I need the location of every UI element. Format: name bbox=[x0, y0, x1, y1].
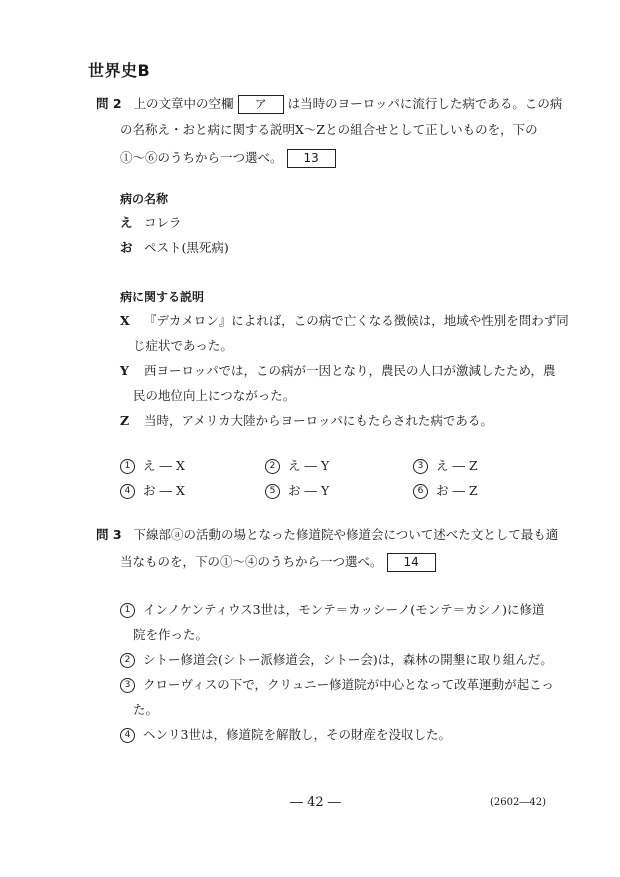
circled-number-icon: 4 bbox=[120, 728, 135, 743]
answer-box-14: 14 bbox=[387, 553, 436, 572]
q2-option-1: 1え ― X bbox=[120, 456, 185, 474]
disease-names-heading: 病の名称 bbox=[120, 190, 168, 207]
page-code: (2602―42) bbox=[490, 797, 546, 808]
q2-option-5: 5お ― Y bbox=[265, 481, 329, 499]
circled-number-icon: 3 bbox=[413, 459, 428, 474]
disease-name-o: おペスト(黒死病) bbox=[120, 240, 229, 256]
q2-option-6: 6お ― Z bbox=[413, 481, 478, 499]
circled-number-icon: 6 bbox=[413, 484, 428, 499]
q2-line-1: 問 2 上の文章中の空欄アは当時のヨーロッパに流行した病である。この病 bbox=[96, 95, 562, 114]
desc-x-line-2: じ症状であった。 bbox=[133, 338, 233, 354]
desc-x-line-1: X『デカメロン』によれば，この病で亡くなる徴候は，地域や性別を問わず同 bbox=[120, 313, 569, 329]
circled-number-icon: 3 bbox=[120, 678, 135, 693]
q3-option-4: 4ヘンリ3世は，修道院を解散し，その財産を没収した。 bbox=[120, 727, 451, 743]
circled-number-icon: 2 bbox=[120, 653, 135, 668]
circled-number-icon: 2 bbox=[265, 459, 280, 474]
circled-number-icon: 1 bbox=[120, 603, 135, 618]
q3-line-2: 当なものを，下の①～④のうちから一つ選べ。14 bbox=[120, 553, 440, 572]
q3-option-1-line-2: 院を作った。 bbox=[133, 627, 208, 643]
circled-number-icon: 5 bbox=[265, 484, 280, 499]
q2-option-4: 4お ― X bbox=[120, 481, 185, 499]
disease-name-e: えコレラ bbox=[120, 215, 182, 231]
q3-option-3-line-1: 3クローヴィスの下で，クリュニー修道院が中心となって改革運動が起こっ bbox=[120, 677, 554, 693]
desc-y-line-2: 民の地位向上につながった。 bbox=[133, 388, 295, 404]
q3-option-3-line-2: た。 bbox=[133, 702, 158, 718]
q2-option-3: 3え ― Z bbox=[413, 456, 478, 474]
desc-y-line-1: Y西ヨーロッパでは，この病が一因となり，農民の人口が激減したため，農 bbox=[120, 363, 556, 379]
circled-number-icon: 4 bbox=[120, 484, 135, 499]
q2-option-2: 2え ― Y bbox=[265, 456, 329, 474]
blank-box-a: ア bbox=[238, 95, 284, 114]
subject-title: 世界史B bbox=[88, 58, 150, 81]
answer-box-13: 13 bbox=[287, 149, 336, 168]
circled-number-icon: 1 bbox=[120, 459, 135, 474]
desc-z-line-1: Z当時，アメリカ大陸からヨーロッパにもたらされた病である。 bbox=[120, 413, 493, 429]
page-number: ― 42 ― bbox=[290, 795, 341, 810]
q2-label: 問 2 bbox=[96, 96, 122, 111]
q3-option-1-line-1: 1インノケンティウス3世は，モンテ＝カッシーノ(モンテ＝カシノ)に修道 bbox=[120, 602, 544, 618]
q3-line-1: 問 3 下線部ⓐの活動の場となった修道院や修道会について述べた文として最も適 bbox=[96, 527, 558, 543]
q3-label: 問 3 bbox=[96, 527, 122, 542]
q2-line-3: ①～⑥のうちから一つ選べ。13 bbox=[120, 149, 340, 168]
q2-line-2: の名称え・おと病に関する説明X～Zとの組合せとして正しいものを，下の bbox=[120, 122, 538, 138]
q3-option-2: 2シトー修道会(シトー派修道会，シトー会)は，森林の開墾に取り組んだ。 bbox=[120, 652, 553, 668]
disease-desc-heading: 病に関する説明 bbox=[120, 288, 204, 305]
